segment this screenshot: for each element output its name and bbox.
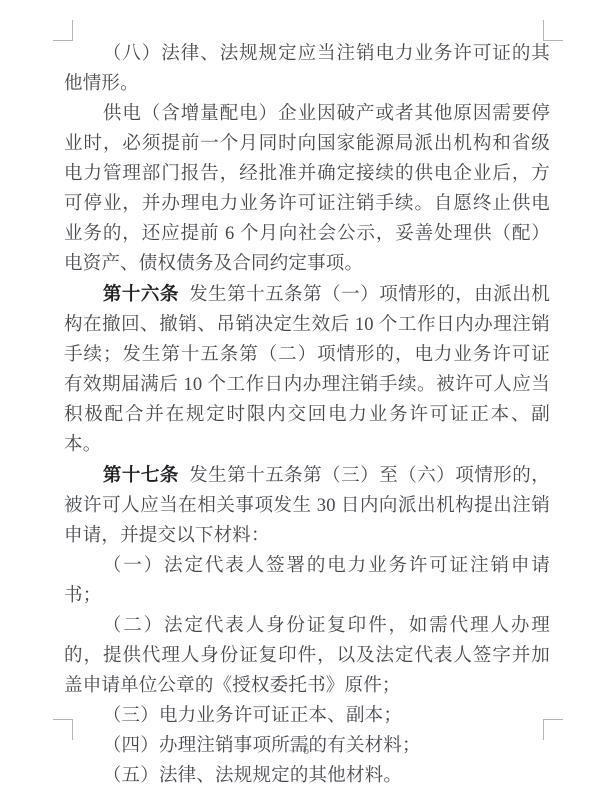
paragraph: （一）法定代表人签署的电力业务许可证注销申请书； xyxy=(64,551,550,611)
article-number: 第十七条 xyxy=(103,464,179,485)
crop-mark-top-right-icon xyxy=(543,20,563,41)
paragraph: 供电（含增量配电）企业因破产或者其他原因需要停业时，必须提前一个月同时向国家能源… xyxy=(64,99,550,279)
paragraph: （八）法律、法规规定应当注销电力业务许可证的其他情形。 xyxy=(64,39,550,99)
article-number: 第十六条 xyxy=(103,283,179,304)
paragraph-text: 供电（含增量配电）企业因破产或者其他原因需要停业时，必须提前一个月同时向国家能源… xyxy=(64,104,550,274)
paragraph: 第十六条发生第十五条第（一）项情形的，由派出机构在撤回、撤销、吊销决定生效后 1… xyxy=(64,279,550,460)
page-number: – 6 – xyxy=(0,743,614,758)
paragraph-text: 发生第十五条第（一）项情形的，由派出机构在撤回、撤销、吊销决定生效后 10 个工… xyxy=(64,285,550,455)
crop-mark-top-left-icon xyxy=(53,20,73,41)
paragraph-text: （三）电力业务许可证正本、副本； xyxy=(103,706,402,726)
paragraph: 第十七条发生第十五条第（三）至（六）项情形的，被许可人应当在相关事项发生 30 … xyxy=(64,460,550,551)
paragraph-text: （五）法律、法规规定的其他材料。 xyxy=(103,766,402,786)
paragraph-text: （一）法定代表人签署的电力业务许可证注销申请书； xyxy=(64,556,550,606)
document-page: （八）法律、法规规定应当注销电力业务许可证的其他情形。 供电（含增量配电）企业因… xyxy=(0,0,614,809)
paragraph: （三）电力业务许可证正本、副本； xyxy=(64,701,550,731)
paragraph-text: （二）法定代表人身份证复印件，如需代理人办理的，提供代理人身份证复印件，以及法定… xyxy=(64,616,550,696)
paragraph: （五）法律、法规规定的其他材料。 xyxy=(64,761,550,791)
paragraph-text: （八）法律、法规规定应当注销电力业务许可证的其他情形。 xyxy=(64,44,550,94)
document-body: （八）法律、法规规定应当注销电力业务许可证的其他情形。 供电（含增量配电）企业因… xyxy=(64,39,550,791)
paragraph: （二）法定代表人身份证复印件，如需代理人办理的，提供代理人身份证复印件，以及法定… xyxy=(64,611,550,701)
